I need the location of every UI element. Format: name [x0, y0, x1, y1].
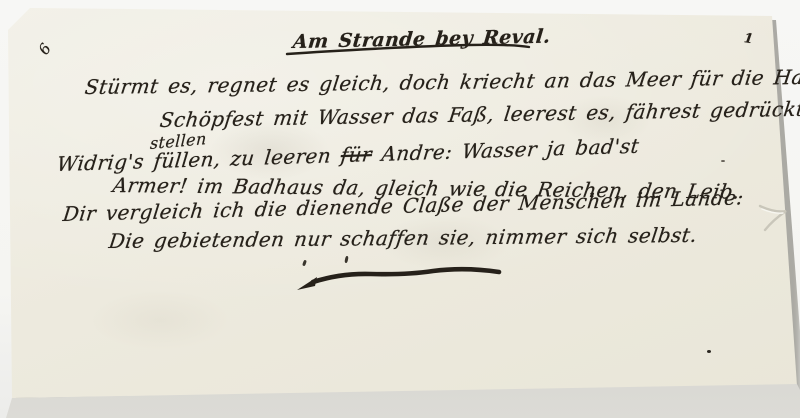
manuscript-photo: 6 1 Am Strande bey Reval. Stürmt es, reg… [0, 0, 800, 418]
poem-line-3-struck-word: für [340, 142, 374, 167]
